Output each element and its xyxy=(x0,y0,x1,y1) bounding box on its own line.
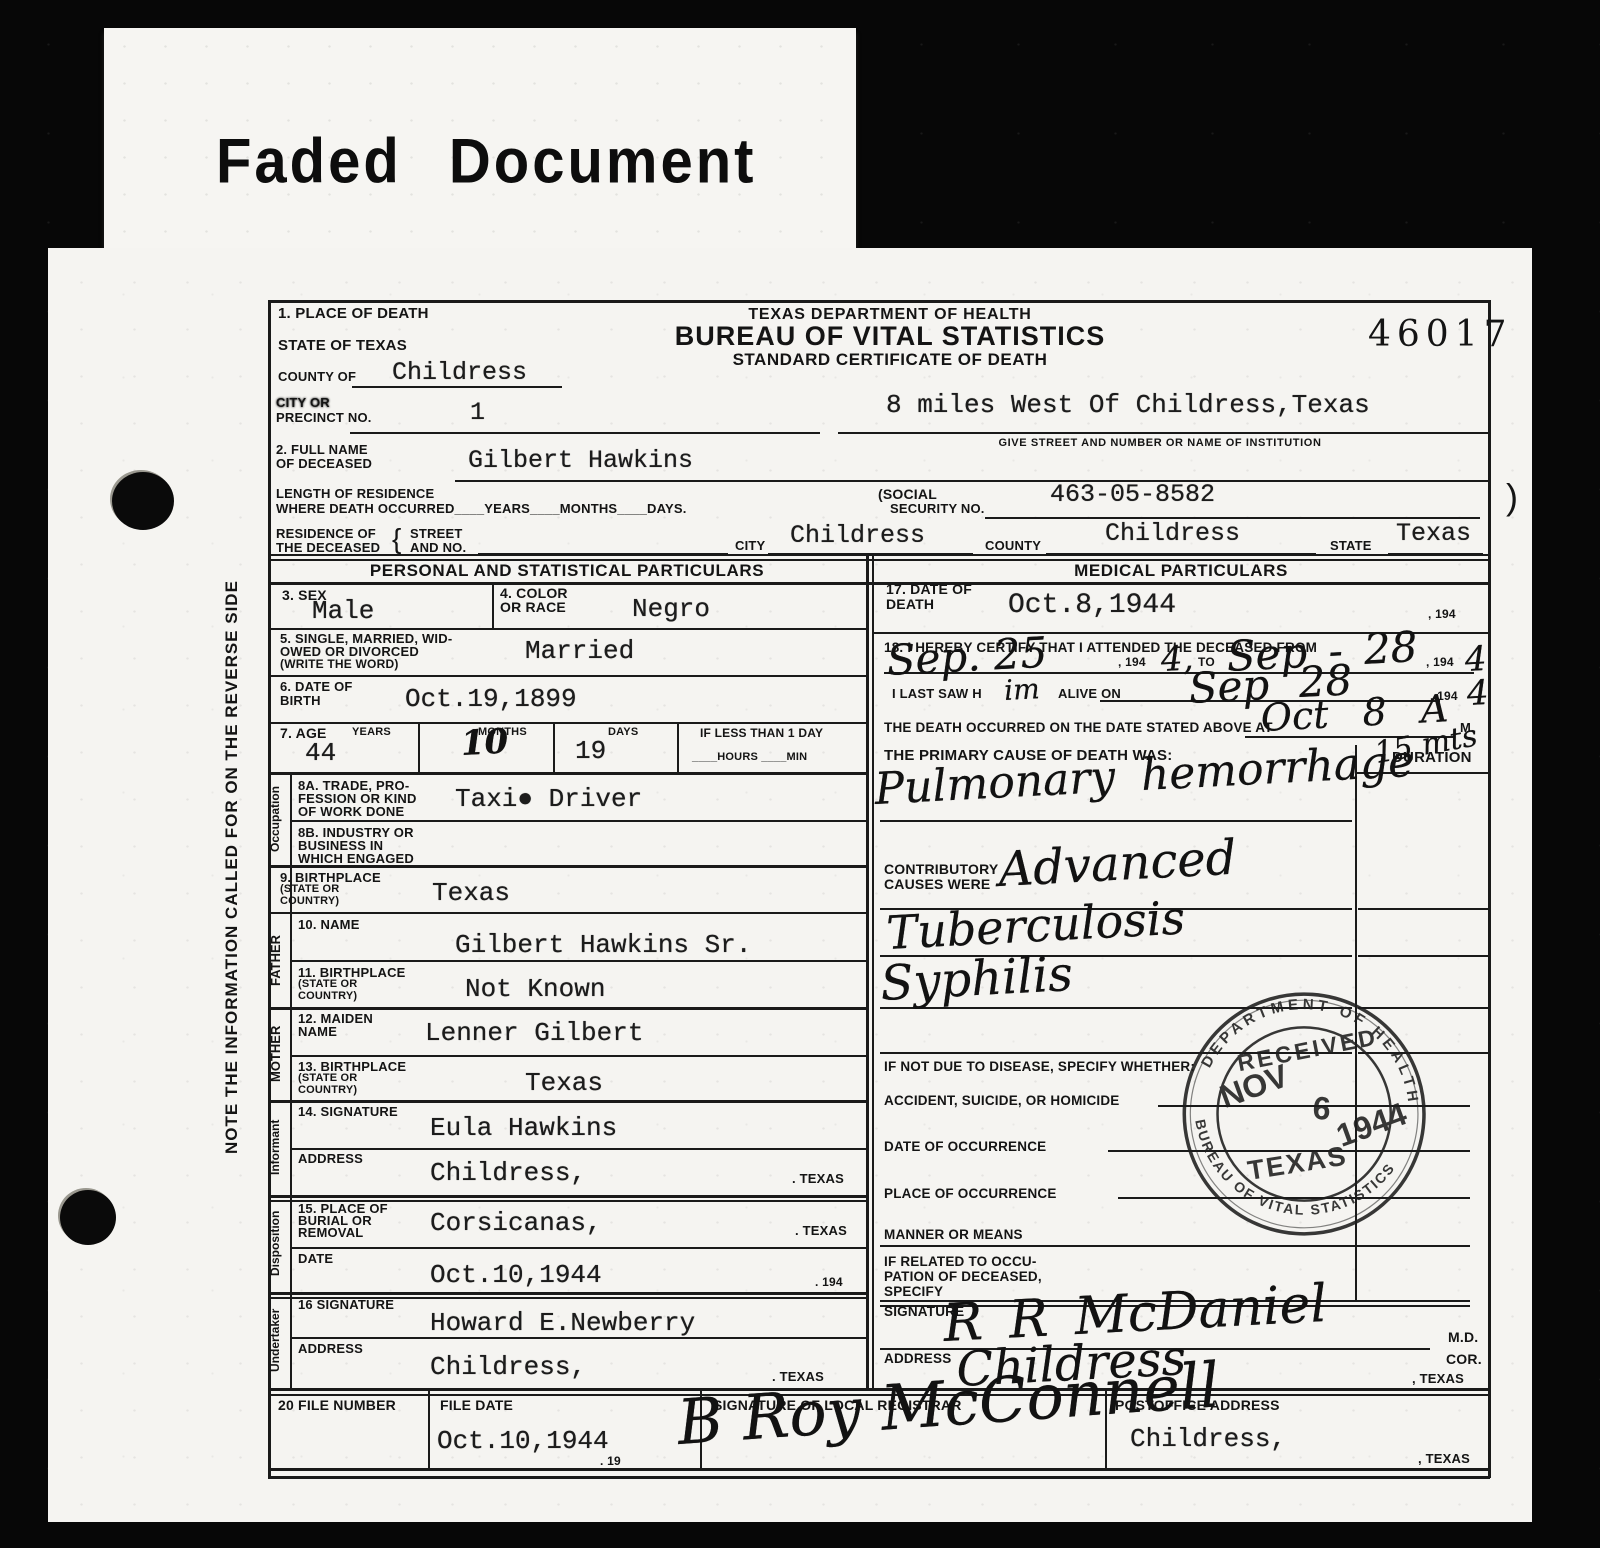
certificate-number: 46017 xyxy=(1368,314,1513,355)
informant-address-state: . TEXAS xyxy=(792,1172,844,1186)
hours-min-label: ____HOURS ____MIN xyxy=(692,752,807,764)
contributory-handwriting-3: Syphilis xyxy=(879,946,1074,1012)
mother-birthplace-label-3: COUNTRY) xyxy=(298,1085,357,1097)
last-saw-year-handwriting: 4 xyxy=(1466,673,1490,714)
related-label-3: SPECIFY xyxy=(884,1285,943,1300)
burial-date-label: DATE xyxy=(298,1252,333,1266)
occupation-tab: Occupation xyxy=(268,775,289,863)
rule-h xyxy=(268,912,868,914)
father-name-label: 10. NAME xyxy=(298,918,360,932)
rule-h xyxy=(292,820,866,822)
street-caption: GIVE STREET AND NUMBER OR NAME OF INSTIT… xyxy=(860,438,1460,450)
rule-h xyxy=(880,820,1352,822)
place-of-occurrence-label: PLACE OF OCCURRENCE xyxy=(884,1187,1057,1202)
place-location-value: 8 miles West Of Childress,Texas xyxy=(886,390,1370,420)
residence-state-label: STATE xyxy=(1330,539,1372,553)
rule-h xyxy=(268,1007,868,1010)
dob-label-1: 6. DATE OF xyxy=(280,680,353,694)
rule-v xyxy=(418,722,420,772)
rule-v xyxy=(872,554,874,1388)
informant-signature-label: 14. SIGNATURE xyxy=(298,1105,398,1119)
rule-h xyxy=(268,628,868,630)
informant-address-value: Childress, xyxy=(430,1158,586,1188)
rule-h xyxy=(268,1476,1490,1479)
certify-year-stub-1: , 194 xyxy=(1118,656,1146,669)
county-of-label: COUNTY OF xyxy=(278,370,356,384)
date-of-occurrence-label: DATE OF OCCURRENCE xyxy=(884,1140,1046,1155)
undertaker-address-label: ADDRESS xyxy=(298,1342,363,1356)
rule-h xyxy=(838,432,1488,434)
marital-value: Married xyxy=(525,636,634,666)
disposition-tab: Disposition xyxy=(268,1197,289,1290)
punch-hole-bottom xyxy=(60,1190,116,1245)
rule-h xyxy=(292,1247,866,1249)
personal-section-header: PERSONAL AND STATISTICAL PARTICULARS xyxy=(268,562,866,580)
rule-v xyxy=(492,584,494,628)
undertaker-tab: Undertaker xyxy=(268,1294,289,1386)
rule-v xyxy=(866,554,869,1388)
bureau-title: BUREAU OF VITAL STATISTICS xyxy=(560,322,1220,351)
full-name-label-2: OF DECEASED xyxy=(276,457,372,471)
postoffice-state: , TEXAS xyxy=(1418,1452,1470,1466)
mother-name-value: Lenner Gilbert xyxy=(425,1018,643,1048)
industry-label-3: WHICH ENGAGED xyxy=(298,852,414,866)
state-of-texas-label: STATE OF TEXAS xyxy=(278,338,407,354)
mother-tab: MOTHER xyxy=(268,1010,289,1098)
burial-date-value: Oct.10,1944 xyxy=(430,1260,602,1290)
rule-v xyxy=(428,1388,430,1468)
days-label: DAYS xyxy=(608,727,638,739)
age-days-value: 19 xyxy=(575,736,606,766)
file-date-value: Oct.10,1944 xyxy=(437,1426,609,1456)
burial-date-year-stub: . 194 xyxy=(815,1276,843,1289)
less-than-day-label: IF LESS THAN 1 DAY xyxy=(700,727,823,740)
undertaker-signature-label: 16 SIGNATURE xyxy=(298,1298,394,1312)
punch-hole-top xyxy=(112,472,174,530)
street-label: STREET xyxy=(410,527,462,541)
full-name-value: Gilbert Hawkins xyxy=(468,446,693,475)
father-birthplace-value: Not Known xyxy=(465,974,605,1004)
file-date-label: FILE DATE xyxy=(440,1398,513,1413)
mother-name-label-2: NAME xyxy=(298,1025,337,1039)
age-months-value: 10 xyxy=(460,722,509,764)
and-no-label: AND NO. xyxy=(410,541,466,555)
stamp-state-text: TEXAS xyxy=(1245,1140,1349,1186)
race-value: Negro xyxy=(632,594,710,624)
medical-section-header: MEDICAL PARTICULARS xyxy=(874,562,1488,580)
length-residence-label-2: WHERE DEATH OCCURRED____YEARS____MONTHS_… xyxy=(276,502,687,516)
certificate-title: STANDARD CERTIFICATE OF DEATH xyxy=(600,351,1180,369)
undertaker-address-value: Childress, xyxy=(430,1352,586,1382)
rule-v xyxy=(553,722,555,772)
birthplace-value: Texas xyxy=(432,878,510,908)
ssn-label-1: (SOCIAL xyxy=(878,487,937,502)
certify-year-stub-2: , 194 xyxy=(1426,656,1454,669)
rule-h xyxy=(268,300,1490,303)
informant-signature-value: Eula Hawkins xyxy=(430,1113,617,1143)
informant-tab: Informant xyxy=(268,1102,289,1192)
margin-note: NOTE THE INFORMATION CALLED FOR ON THE R… xyxy=(222,520,248,1215)
residence-brace: { xyxy=(392,524,402,554)
residence-county-value: Childress xyxy=(1105,519,1240,548)
city-or-label: CITY OR xyxy=(276,396,330,410)
mother-birthplace-value: Texas xyxy=(525,1068,603,1098)
rule-h xyxy=(268,1468,1490,1471)
burial-value: Corsicanas, xyxy=(430,1208,602,1238)
death-occurred-label: THE DEATH OCCURRED ON THE DATE STATED AB… xyxy=(884,721,1273,736)
dod-label-2: DEATH xyxy=(886,597,934,612)
rule-h xyxy=(1358,908,1488,910)
contributory-label-2: CAUSES WERE xyxy=(884,877,990,892)
residence-county-label: COUNTY xyxy=(985,539,1041,553)
physician-address-state: , TEXAS xyxy=(1412,1372,1464,1386)
burial-label-3: REMOVAL xyxy=(298,1226,363,1240)
length-residence-label-1: LENGTH OF RESIDENCE xyxy=(276,487,434,501)
city-label: CITY xyxy=(735,539,765,553)
banner-title: Faded Document xyxy=(216,125,757,197)
contributory-label-1: CONTRIBUTORY xyxy=(884,862,998,877)
file-date-year-stub: . 19 xyxy=(600,1455,621,1468)
dod-label-1: 17. DATE OF xyxy=(886,582,972,597)
informant-address-label: ADDRESS xyxy=(298,1152,363,1166)
ssn-value: 463-05-8582 xyxy=(1050,480,1215,509)
rule-h xyxy=(292,960,866,962)
county-value: Childress xyxy=(392,358,527,387)
md-label: M.D. xyxy=(1448,1330,1478,1345)
full-name-label-1: 2. FULL NAME xyxy=(276,443,368,457)
residence-label-2: THE DECEASED xyxy=(276,541,380,555)
rule-h xyxy=(268,675,868,677)
postoffice-value: Childress, xyxy=(1130,1424,1286,1454)
undertaker-signature-value: Howard E.Newberry xyxy=(430,1308,695,1338)
rule-h xyxy=(292,1055,866,1057)
dob-label-2: BIRTH xyxy=(280,694,321,708)
residence-city-value: Childress xyxy=(790,521,925,550)
rule-h xyxy=(455,480,1488,482)
received-stamp: DEPARTMENT OF HEALTH BUREAU OF VITAL STA… xyxy=(1154,966,1455,1267)
banner-card: Faded Document xyxy=(104,28,856,250)
years-label: YEARS xyxy=(352,727,391,739)
physician-address-label: ADDRESS xyxy=(884,1352,951,1367)
sex-value: Male xyxy=(312,596,374,626)
age-years-value: 44 xyxy=(305,738,336,768)
cor-label: COR. xyxy=(1446,1352,1482,1367)
rule-v xyxy=(290,772,292,1388)
rule-h xyxy=(268,1292,868,1295)
marital-label-3: (WRITE THE WORD) xyxy=(280,658,399,671)
file-number-label: 20 FILE NUMBER xyxy=(278,1398,396,1413)
last-saw-date-handwriting-1: Sep xyxy=(1187,660,1270,713)
rule-h xyxy=(268,772,868,775)
rule-v xyxy=(1488,300,1491,1478)
father-birthplace-label-3: COUNTRY) xyxy=(298,991,357,1003)
rule-h xyxy=(268,582,1490,585)
rule-h xyxy=(268,722,868,724)
accident-label: ACCIDENT, SUICIDE, OR HOMICIDE xyxy=(884,1094,1120,1109)
father-tab: FATHER xyxy=(268,915,289,1005)
residence-label-1: RESIDENCE OF xyxy=(276,527,376,541)
rule-h xyxy=(268,1195,868,1198)
rule-h xyxy=(350,432,820,434)
precinct-no-label: PRECINCT NO. xyxy=(276,411,372,425)
rule-v xyxy=(677,722,679,772)
manner-or-means-label: MANNER OR MEANS xyxy=(884,1228,1023,1243)
if-not-disease-label: IF NOT DUE TO DISEASE, SPECIFY WHETHER: xyxy=(884,1060,1195,1075)
ssn-label-2: SECURITY NO. xyxy=(890,502,985,516)
postoffice-label: POSTOFFICE ADDRESS xyxy=(1115,1398,1280,1413)
stamp-day-text: 6 xyxy=(1312,1090,1332,1127)
trade-value: Taxi● Driver xyxy=(455,784,642,814)
scanned-page: Faded Document NOTE THE INFORMATION CALL… xyxy=(0,0,1600,1548)
last-saw-label-pre: I LAST SAW H xyxy=(892,687,982,701)
precinct-value: 1 xyxy=(470,398,485,427)
birthplace-label-3: COUNTRY) xyxy=(280,896,339,908)
related-label-2: PATION OF DECEASED, xyxy=(884,1270,1042,1285)
trade-label-3: OF WORK DONE xyxy=(298,805,404,819)
dod-value: Oct.8,1944 xyxy=(1008,590,1176,621)
ssn-close-paren: ) xyxy=(1506,478,1518,517)
burial-state: . TEXAS xyxy=(795,1224,847,1238)
last-saw-pronoun-handwriting: im xyxy=(1003,672,1040,707)
rule-h xyxy=(268,1100,868,1103)
rule-h xyxy=(1358,955,1488,957)
race-label-2: OR RACE xyxy=(500,600,566,615)
dod-year-stub: , 194 xyxy=(1428,608,1456,621)
father-name-value: Gilbert Hawkins Sr. xyxy=(455,930,751,960)
residence-state-value: Texas xyxy=(1396,519,1471,548)
place-of-death-label: 1. PLACE OF DEATH xyxy=(278,306,429,322)
last-saw-label-post: ALIVE ON xyxy=(1058,687,1121,701)
rule-h xyxy=(292,1148,866,1150)
related-label-1: IF RELATED TO OCCU- xyxy=(884,1255,1037,1270)
dob-value: Oct.19,1899 xyxy=(405,684,577,714)
